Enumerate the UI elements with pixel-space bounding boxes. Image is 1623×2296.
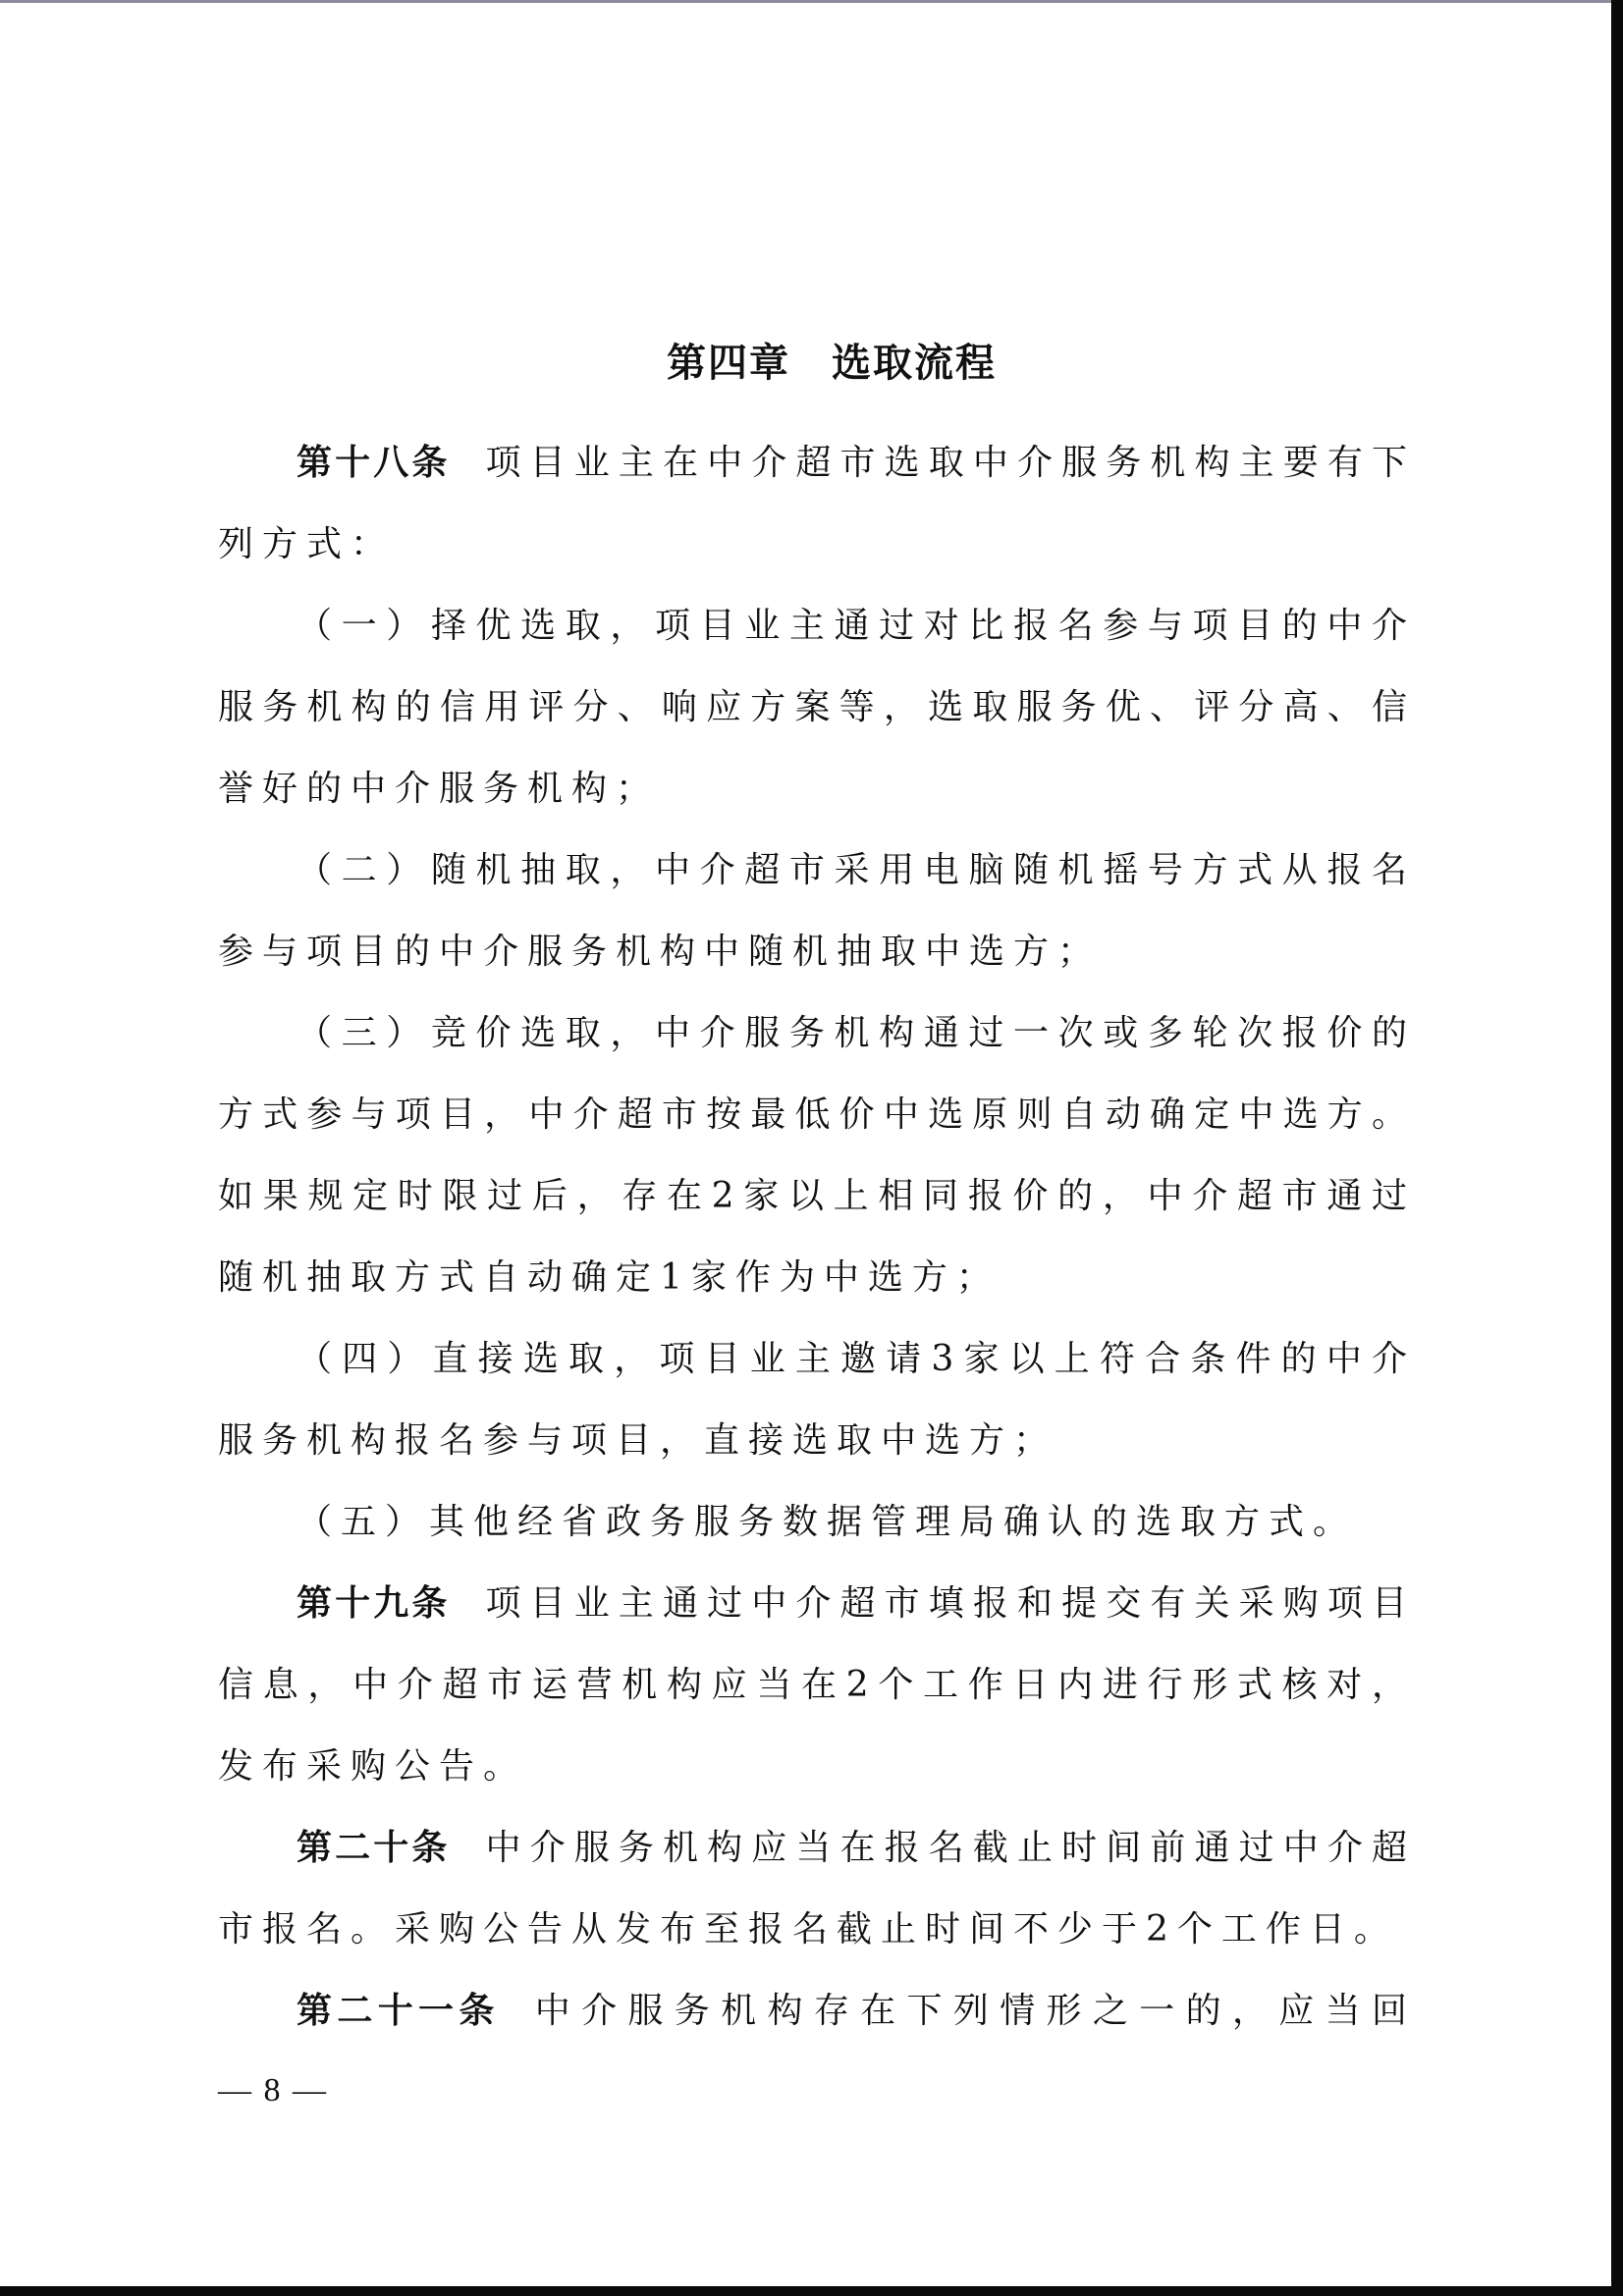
page-content: 第四章选取流程 第十八条项目业主在中介超市选取中介服务机构主要有下列方式： （一… [218, 324, 1416, 2052]
scan-edge-top [0, 0, 1623, 3]
article-label: 第十八条 [297, 443, 451, 483]
article-18-item-5: （五）其他经省政务服务数据管理局确认的选取方式。 [218, 1481, 1416, 1563]
chapter-number: 第四章 [667, 341, 790, 386]
chapter-heading: 第四章选取流程 [218, 324, 1416, 402]
article-20: 第二十条中介服务机构应当在报名截止时间前通过中介超市报名。采购公告从发布至报名截… [218, 1807, 1416, 1970]
document-page: 第四章选取流程 第十八条项目业主在中介超市选取中介服务机构主要有下列方式： （一… [0, 0, 1611, 2284]
article-21: 第二十一条中介服务机构存在下列情形之一的，应当回 [218, 1970, 1416, 2052]
article-18-item-3: （三）竞价选取，中介服务机构通过一次或多轮次报价的方式参与项目，中介超市按最低价… [218, 992, 1416, 1318]
scan-edge-right [1611, 0, 1623, 2296]
article-18-item-1: （一）择优选取，项目业主通过对比报名参与项目的中介服务机构的信用评分、响应方案等… [218, 585, 1416, 829]
scan-edge-bottom [0, 2286, 1623, 2296]
article-18: 第十八条项目业主在中介超市选取中介服务机构主要有下列方式： [218, 422, 1416, 585]
article-19: 第十九条项目业主通过中介超市填报和提交有关采购项目信息，中介超市运营机构应当在2… [218, 1563, 1416, 1807]
article-text: 中介服务机构存在下列情形之一的，应当回 [535, 1991, 1416, 2031]
article-label: 第十九条 [297, 1583, 451, 1624]
article-label: 第二十一条 [297, 1991, 500, 2031]
chapter-title: 选取流程 [832, 341, 997, 386]
article-label: 第二十条 [297, 1828, 451, 1868]
article-18-item-2: （二）随机抽取，中介超市采用电脑随机摇号方式从报名参与项目的中介服务机构中随机抽… [218, 829, 1416, 992]
article-18-item-4: （四）直接选取，项目业主邀请3家以上符合条件的中介服务机构报名参与项目，直接选取… [218, 1318, 1416, 1481]
page-number: — 8 — [218, 2061, 328, 2120]
